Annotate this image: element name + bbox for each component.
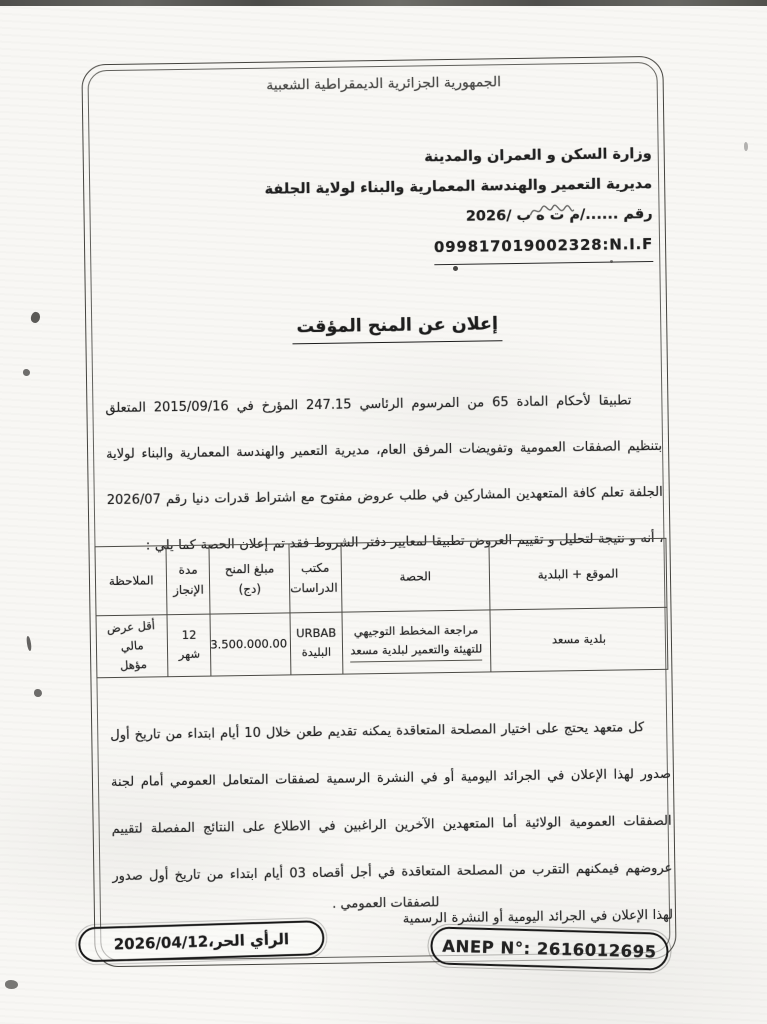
nif-line: 099817019002328:N.I.F: [223, 229, 653, 268]
cell-duration: 12 شهر: [167, 614, 211, 677]
scan-speck: [453, 266, 458, 271]
header-award-amount: مبلغ المنح (دج): [209, 544, 290, 614]
cell-studies-office: URBAB البليدة: [290, 612, 342, 675]
scan-speck: [34, 689, 42, 697]
award-table-header-row: الموقع + البلدية الحصة مكتب الدراسات مبل…: [95, 538, 667, 615]
cell-location: بلدية مسعد: [490, 607, 668, 672]
header-duration: مدة الإنجاز: [166, 545, 210, 614]
award-table-data-row: بلدية مسعد مراجعة المخطط التوجيهي للتهيئ…: [96, 607, 668, 678]
reference-number: رقم ....../م ت ه ب /2026: [222, 199, 652, 235]
scan-speck: [610, 260, 613, 263]
handwritten-number-scribble: [528, 202, 574, 221]
header-note: الملاحظة: [95, 546, 167, 616]
nif-number: 099817019002328:N.I.F: [434, 229, 654, 265]
cell-award-amount: 13.500.000.00: [210, 612, 291, 676]
newspaper-date-stamp: الرأي الحر،2026/04/12: [78, 920, 325, 962]
document-sheet: الجمهورية الجزائرية الديمقراطية الشعبية …: [0, 0, 767, 1024]
scanned-document-page: { "colors": { "ink": "#1e1e1e", "paper":…: [0, 0, 767, 1024]
award-table: الموقع + البلدية الحصة مكتب الدراسات مبل…: [94, 538, 668, 678]
cell-note: أقل عرض مالي مؤهل: [96, 614, 168, 678]
anep-number-stamp: ANEP N°: 2616012695: [430, 926, 669, 970]
cell-lot: مراجعة المخطط التوجيهي للتهيئة والتعمير …: [342, 609, 491, 674]
scan-speck: [5, 980, 18, 989]
header-location: الموقع + البلدية: [489, 538, 667, 609]
scan-speck: [23, 369, 30, 376]
scan-speck: [744, 142, 748, 151]
ministry-block: وزارة السكن و العمران والمدينة مديرية ال…: [222, 139, 654, 268]
header-studies-office: مكتب الدراسات: [289, 543, 341, 612]
header-lot: الحصة: [341, 541, 490, 612]
